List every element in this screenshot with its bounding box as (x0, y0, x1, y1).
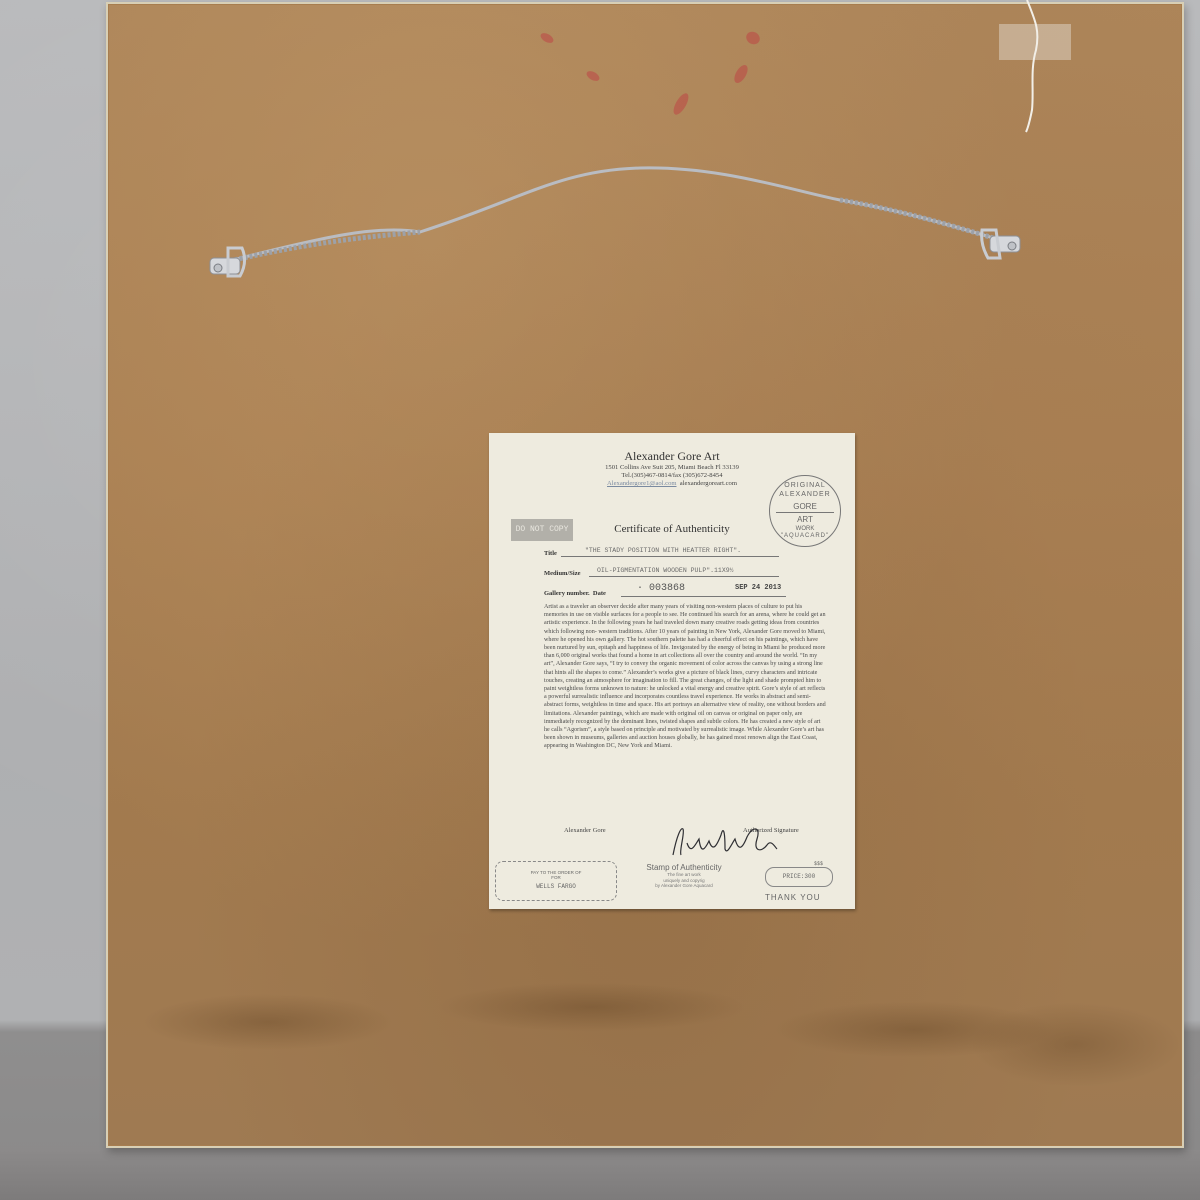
gallery-number-value: · 003868 (637, 583, 685, 594)
seal-name-text: ALEXANDER (770, 491, 840, 498)
auth-stamp-line3: by Alexander Gore Aquacard (624, 883, 744, 889)
d-ring-hanger-left (210, 248, 245, 276)
company-email[interactable]: Alexandergore1@aol.com (607, 480, 676, 487)
company-website[interactable]: alexandergoreart.com (680, 480, 737, 487)
water-stain (106, 962, 1184, 1112)
company-name: Alexander Gore Art (489, 449, 855, 464)
artist-biography: Artist as a traveler an observer decide … (544, 603, 826, 751)
certificate-title: Certificate of Authenticity (489, 523, 855, 535)
title-label: Title (544, 550, 557, 557)
authenticity-stamp: Stamp of Authenticity The fine art work … (624, 863, 744, 899)
medium-value: OIL-PIGMENTATION WOODEN PULP".11X9½ (597, 567, 734, 574)
original-work-seal: ORIGINAL ALEXANDER GORE ART WORK "AQUACA… (769, 475, 841, 547)
white-string (1026, 0, 1037, 132)
hanging-wire (0, 0, 1200, 300)
certificate-of-authenticity: Alexander Gore Art 1501 Collins Ave Suit… (489, 433, 855, 909)
date-label-text: Date (593, 590, 606, 597)
company-address: 1501 Collins Ave Suit 205, Miami Beach F… (489, 464, 855, 472)
seal-gore-text: GORE (770, 502, 840, 511)
bank-stamp-bank: WELLS FARGO (496, 883, 616, 890)
auth-stamp-heading: Stamp of Authenticity (624, 863, 744, 872)
date-value: SEP 24 2013 (735, 584, 781, 592)
seal-divider (776, 512, 834, 513)
thank-you-stamp: THANK YOU (765, 893, 821, 902)
title-value: "THE STADY POSITION WITH HEATTER RIGHT". (585, 547, 741, 554)
floor (0, 1150, 1200, 1200)
bank-stamp-line2: FOR (496, 875, 616, 880)
price-stamp: PRICE:300 (765, 867, 833, 887)
handwritten-signature (669, 825, 779, 859)
seal-top-text: ORIGINAL (770, 482, 840, 489)
gallery-label-text: Gallery number. (544, 590, 590, 597)
medium-label: Medium/Size (544, 570, 580, 577)
signature-left-label: Alexander Gore (564, 827, 606, 834)
bank-stamp: PAY TO THE ORDER OF FOR WELLS FARGO (495, 861, 617, 901)
gallery-label: Gallery number. Date (544, 590, 606, 597)
